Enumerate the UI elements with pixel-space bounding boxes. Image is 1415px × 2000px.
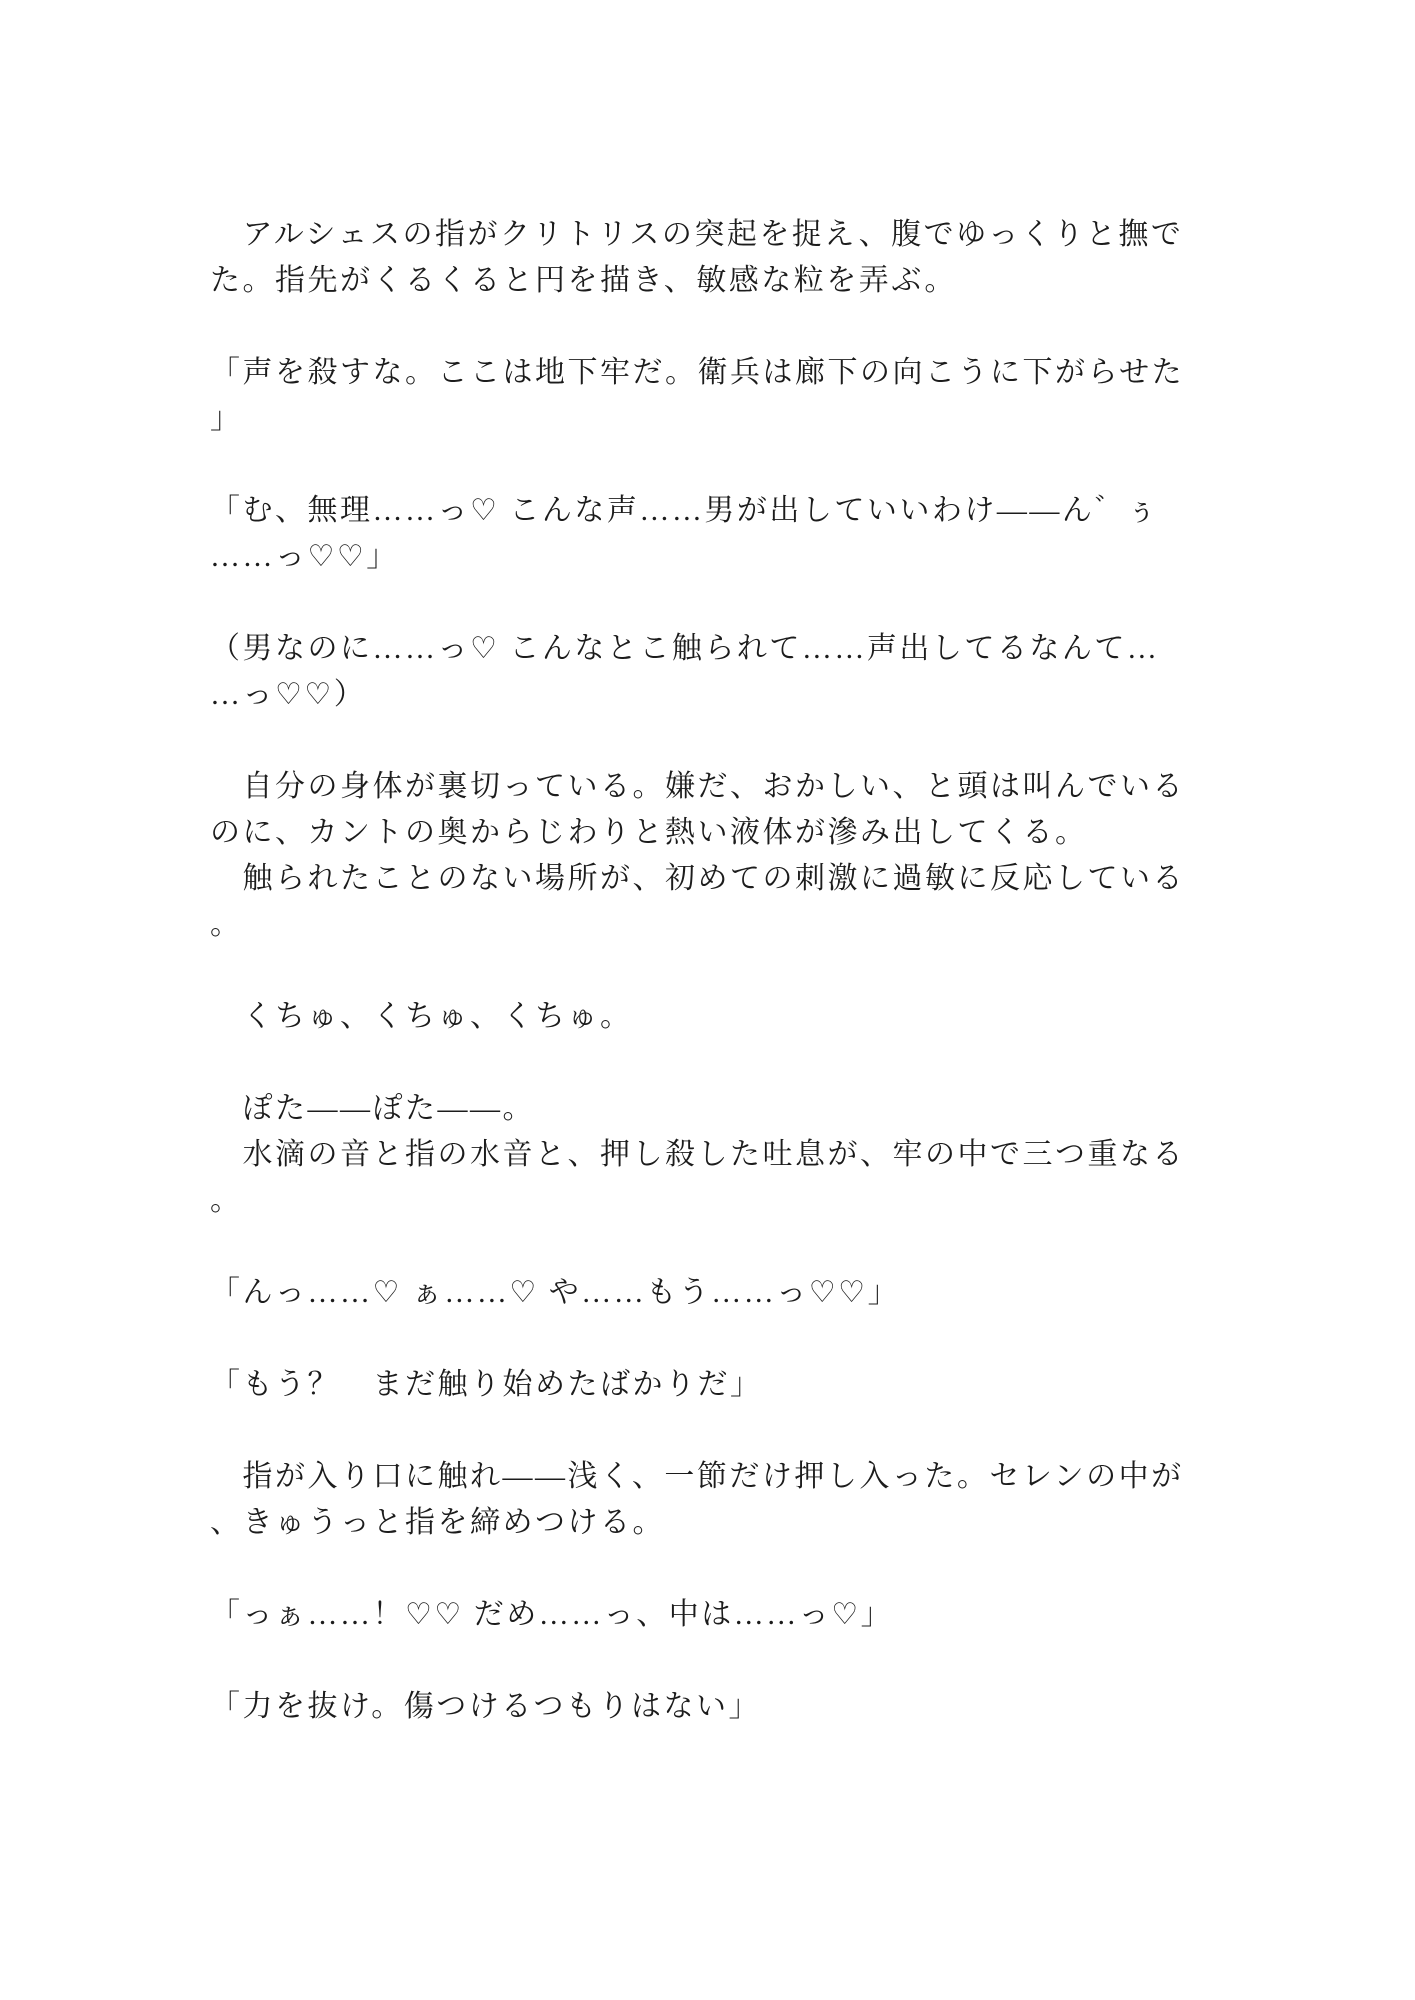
- text-line: 「む、無理……っ♡ こんな声……男が出していいわけ——ん゛ぅ: [210, 488, 1270, 534]
- paragraph: 「む、無理……っ♡ こんな声……男が出していいわけ——ん゛ぅ……っ♡♡」: [210, 488, 1270, 580]
- paragraph: 「力を抜け。傷つけるつもりはない」: [210, 1684, 1270, 1730]
- text-line: 。: [210, 1178, 1270, 1224]
- text-line: アルシェスの指がクリトリスの突起を捉え、腹でゆっくりと撫で: [210, 212, 1270, 258]
- text-line: 水滴の音と指の水音と、押し殺した吐息が、牢の中で三つ重なる: [210, 1132, 1270, 1178]
- paragraph: くちゅ、くちゅ、くちゅ。: [210, 994, 1270, 1040]
- text-line: 触られたことのない場所が、初めての刺激に過敏に反応している: [210, 856, 1270, 902]
- paragraph: アルシェスの指がクリトリスの突起を捉え、腹でゆっくりと撫でた。指先がくるくると円…: [210, 212, 1270, 304]
- text-line: 「んっ……♡ ぁ……♡ や……もう……っ♡♡」: [210, 1270, 1270, 1316]
- text-line: （男なのに……っ♡ こんなとこ触られて……声出してるなんて…: [210, 626, 1270, 672]
- paragraph: 自分の身体が裏切っている。嫌だ、おかしい、と頭は叫んでいるのに、カントの奥からじ…: [210, 764, 1270, 948]
- text-line: ぽた——ぽた——。: [210, 1086, 1270, 1132]
- text-line: 自分の身体が裏切っている。嫌だ、おかしい、と頭は叫んでいる: [210, 764, 1270, 810]
- text-line: …っ♡♡）: [210, 672, 1270, 718]
- text-line: 「声を殺すな。ここは地下牢だ。衛兵は廊下の向こうに下がらせた: [210, 350, 1270, 396]
- text-line: 「っぁ……！♡♡ だめ……っ、中は……っ♡」: [210, 1592, 1270, 1638]
- story-body: アルシェスの指がクリトリスの突起を捉え、腹でゆっくりと撫でた。指先がくるくると円…: [210, 212, 1270, 1730]
- paragraph: 「もう？ まだ触り始めたばかりだ」: [210, 1362, 1270, 1408]
- paragraph: 指が入り口に触れ——浅く、一節だけ押し入った。セレンの中が、きゅうっと指を締めつ…: [210, 1454, 1270, 1546]
- text-line: 。: [210, 902, 1270, 948]
- paragraph: 「っぁ……！♡♡ だめ……っ、中は……っ♡」: [210, 1592, 1270, 1638]
- paragraph: 「声を殺すな。ここは地下牢だ。衛兵は廊下の向こうに下がらせた」: [210, 350, 1270, 442]
- text-line: 、きゅうっと指を締めつける。: [210, 1500, 1270, 1546]
- document-page: アルシェスの指がクリトリスの突起を捉え、腹でゆっくりと撫でた。指先がくるくると円…: [0, 0, 1415, 2000]
- text-line: くちゅ、くちゅ、くちゅ。: [210, 994, 1270, 1040]
- text-line: のに、カントの奥からじわりと熱い液体が滲み出してくる。: [210, 810, 1270, 856]
- paragraph: （男なのに……っ♡ こんなとこ触られて……声出してるなんて……っ♡♡）: [210, 626, 1270, 718]
- text-line: 指が入り口に触れ——浅く、一節だけ押し入った。セレンの中が: [210, 1454, 1270, 1500]
- paragraph: ぽた——ぽた——。 水滴の音と指の水音と、押し殺した吐息が、牢の中で三つ重なる。: [210, 1086, 1270, 1224]
- text-line: た。指先がくるくると円を描き、敏感な粒を弄ぶ。: [210, 258, 1270, 304]
- text-line: 」: [210, 396, 1270, 442]
- text-line: ……っ♡♡」: [210, 534, 1270, 580]
- text-line: 「もう？ まだ触り始めたばかりだ」: [210, 1362, 1270, 1408]
- text-line: 「力を抜け。傷つけるつもりはない」: [210, 1684, 1270, 1730]
- paragraph: 「んっ……♡ ぁ……♡ や……もう……っ♡♡」: [210, 1270, 1270, 1316]
